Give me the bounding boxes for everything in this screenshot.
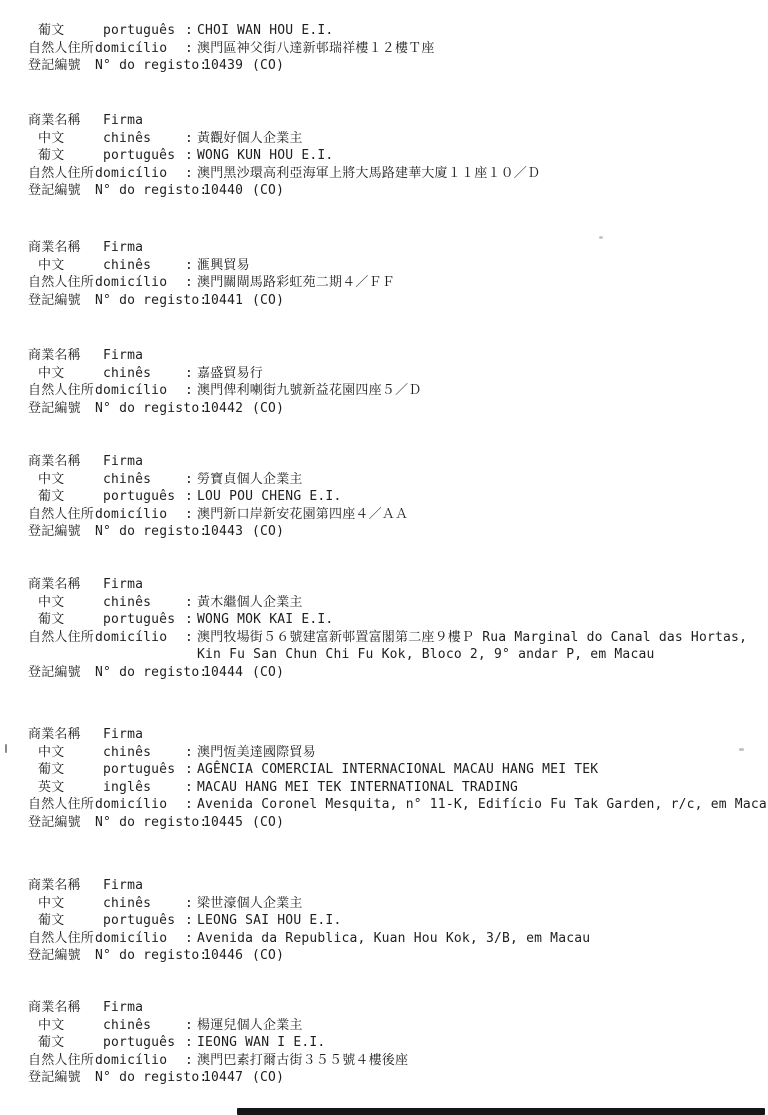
portuguese-label-zh: 葡文 xyxy=(38,761,64,779)
registry-label-pt: N° do registo: xyxy=(95,947,207,965)
field-colon: : xyxy=(185,761,193,779)
firma-label-pt: Firma xyxy=(103,347,143,365)
field-colon: : xyxy=(185,165,193,183)
chinese-label-zh: 中文 xyxy=(38,130,64,148)
field-colon: : xyxy=(185,744,193,762)
firma-label-pt: Firma xyxy=(103,999,143,1017)
record-row: 自然人住所domicílio:澳門巴素打爾古街３５５號４樓後座 xyxy=(0,1052,768,1070)
portuguese-label-pt: português xyxy=(103,147,175,165)
domicile-label-pt: domicílio xyxy=(95,506,167,524)
field-colon: : xyxy=(185,629,193,647)
record-block: 商業名稱Firma中文chinês:梁世濠個人企業主葡文português:LE… xyxy=(0,877,768,965)
registry-label-zh: 登記編號 xyxy=(28,292,81,310)
registry-document-page: 葡文português:CHOI WAN HOU E.I.自然人住所domicí… xyxy=(0,0,768,1115)
registry-type: (CO) xyxy=(252,523,284,541)
record-row: 商業名稱Firma xyxy=(0,877,768,895)
portuguese-label-zh: 葡文 xyxy=(38,488,64,506)
firma-label-zh: 商業名稱 xyxy=(28,999,81,1017)
chinese-label-pt: chinês xyxy=(103,130,151,148)
record-row: 商業名稱Firma xyxy=(0,239,768,257)
domicile-value: 澳門新口岸新安花園第四座４／ＡＡ xyxy=(197,506,408,524)
record-row: 中文chinês:嘉盛貿易行 xyxy=(0,365,768,383)
record-row: 葡文português:WONG KUN HOU E.I. xyxy=(0,147,768,165)
firma-label-zh: 商業名稱 xyxy=(28,576,81,594)
field-colon: : xyxy=(185,506,193,524)
registry-number: 10447 xyxy=(203,1069,243,1087)
registry-label-pt: N° do registo: xyxy=(95,182,207,200)
registry-number: 10442 xyxy=(203,400,243,418)
field-colon: : xyxy=(185,488,193,506)
chinese-name-value: 黃木繼個人企業主 xyxy=(197,594,303,612)
registry-label-pt: N° do registo: xyxy=(95,814,207,832)
registry-number: 10443 xyxy=(203,523,243,541)
record-row: 自然人住所domicílio:Avenida Coronel Mesquita,… xyxy=(0,796,768,814)
record-block: 商業名稱Firma中文chinês:嘉盛貿易行自然人住所domicílio:澳門… xyxy=(0,347,768,417)
record-block: 商業名稱Firma中文chinês:勞寶貞個人企業主葡文português:LO… xyxy=(0,453,768,541)
field-colon: : xyxy=(185,382,193,400)
chinese-label-zh: 中文 xyxy=(38,895,64,913)
record-row: 商業名稱Firma xyxy=(0,726,768,744)
portuguese-name-value: CHOI WAN HOU E.I. xyxy=(197,22,333,40)
portuguese-label-pt: português xyxy=(103,912,175,930)
field-colon: : xyxy=(185,130,193,148)
portuguese-name-value: LOU POU CHENG E.I. xyxy=(197,488,341,506)
domicile-value: Avenida da Republica, Kuan Hou Kok, 3/B,… xyxy=(197,930,590,948)
record-row: 登記編號N° do registo:10443(CO) xyxy=(0,523,768,541)
record-row: 自然人住所domicílio:澳門牧場街５６號建富新邨置富閣第二座９樓Ｐ Rua… xyxy=(0,629,768,647)
domicile-label-pt: domicílio xyxy=(95,930,167,948)
record-row: 葡文português:CHOI WAN HOU E.I. xyxy=(0,22,768,40)
registry-label-zh: 登記編號 xyxy=(28,57,81,75)
domicile-label-zh: 自然人住所 xyxy=(28,506,94,524)
chinese-name-value: 嘉盛貿易行 xyxy=(197,365,263,383)
portuguese-name-value: WONG MOK KAI E.I. xyxy=(197,611,333,629)
registry-type: (CO) xyxy=(252,182,284,200)
registry-number: 10445 xyxy=(203,814,243,832)
domicile-label-pt: domicílio xyxy=(95,1052,167,1070)
record-row: 登記編號N° do registo:10441(CO) xyxy=(0,292,768,310)
registry-label-zh: 登記編號 xyxy=(28,523,81,541)
record-row: 商業名稱Firma xyxy=(0,112,768,130)
record-row: 商業名稱Firma xyxy=(0,999,768,1017)
record-row: 自然人住所domicílio:澳門俾利喇街九號新益花園四座５／Ｄ xyxy=(0,382,768,400)
firma-label-pt: Firma xyxy=(103,239,143,257)
registry-type: (CO) xyxy=(252,292,284,310)
english-label-zh: 英文 xyxy=(38,779,64,797)
scan-artifact-margin-mark xyxy=(5,744,7,753)
record-row: 登記編號N° do registo:10442(CO) xyxy=(0,400,768,418)
record-row: 中文chinês:勞寶貞個人企業主 xyxy=(0,471,768,489)
portuguese-label-zh: 葡文 xyxy=(38,1034,64,1052)
chinese-label-zh: 中文 xyxy=(38,365,64,383)
domicile-value: 澳門區神父街八達新邨瑞祥樓１２樓Ｔ座 xyxy=(197,40,435,58)
field-colon: : xyxy=(185,147,193,165)
firma-label-pt: Firma xyxy=(103,877,143,895)
firma-label-zh: 商業名稱 xyxy=(28,453,81,471)
record-row: 葡文português:WONG MOK KAI E.I. xyxy=(0,611,768,629)
field-colon: : xyxy=(185,611,193,629)
domicile-label-zh: 自然人住所 xyxy=(28,40,94,58)
chinese-label-pt: chinês xyxy=(103,594,151,612)
record-row: 自然人住所domicílio:澳門關閘馬路彩虹苑二期４／ＦＦ xyxy=(0,274,768,292)
portuguese-name-value: WONG KUN HOU E.I. xyxy=(197,147,333,165)
domicile-label-zh: 自然人住所 xyxy=(28,1052,94,1070)
domicile-value: 澳門關閘馬路彩虹苑二期４／ＦＦ xyxy=(197,274,395,292)
record-row: 自然人住所domicílio:澳門黑沙環高利亞海軍上將大馬路建華大廈１１座１０／… xyxy=(0,165,768,183)
registry-label-zh: 登記編號 xyxy=(28,182,81,200)
portuguese-label-zh: 葡文 xyxy=(38,912,64,930)
record-row: 登記編號N° do registo:10440(CO) xyxy=(0,182,768,200)
chinese-name-value: 澳門恆美達國際貿易 xyxy=(197,744,316,762)
registry-type: (CO) xyxy=(252,947,284,965)
domicile-label-pt: domicílio xyxy=(95,796,167,814)
firma-label-zh: 商業名稱 xyxy=(28,726,81,744)
registry-type: (CO) xyxy=(252,400,284,418)
chinese-name-value: 梁世濠個人企業主 xyxy=(197,895,303,913)
chinese-name-value: 楊運兒個人企業主 xyxy=(197,1017,303,1035)
firma-label-zh: 商業名稱 xyxy=(28,877,81,895)
record-block: 商業名稱Firma中文chinês:黃觀好個人企業主葡文português:WO… xyxy=(0,112,768,200)
registry-number: 10441 xyxy=(203,292,243,310)
record-row: 登記編號N° do registo:10446(CO) xyxy=(0,947,768,965)
record-row: 自然人住所domicílio:Avenida da Republica, Kua… xyxy=(0,930,768,948)
record-row: 商業名稱Firma xyxy=(0,576,768,594)
registry-type: (CO) xyxy=(252,814,284,832)
registry-label-zh: 登記編號 xyxy=(28,664,81,682)
chinese-label-pt: chinês xyxy=(103,744,151,762)
firma-label-zh: 商業名稱 xyxy=(28,347,81,365)
field-colon: : xyxy=(185,1017,193,1035)
registry-number: 10439 xyxy=(203,57,243,75)
portuguese-label-zh: 葡文 xyxy=(38,22,64,40)
firma-label-pt: Firma xyxy=(103,576,143,594)
registry-label-zh: 登記編號 xyxy=(28,814,81,832)
domicile-label-pt: domicílio xyxy=(95,40,167,58)
portuguese-label-pt: português xyxy=(103,488,175,506)
record-row: Kin Fu San Chun Chi Fu Kok, Bloco 2, 9° … xyxy=(0,646,768,664)
chinese-name-value: 勞寶貞個人企業主 xyxy=(197,471,303,489)
chinese-label-zh: 中文 xyxy=(38,257,64,275)
chinese-label-pt: chinês xyxy=(103,365,151,383)
registry-label-pt: N° do registo: xyxy=(95,292,207,310)
registry-number: 10446 xyxy=(203,947,243,965)
firma-label-pt: Firma xyxy=(103,112,143,130)
registry-label-pt: N° do registo: xyxy=(95,664,207,682)
field-colon: : xyxy=(185,40,193,58)
domicile-value-continued: Kin Fu San Chun Chi Fu Kok, Bloco 2, 9° … xyxy=(197,646,655,664)
domicile-label-zh: 自然人住所 xyxy=(28,629,94,647)
domicile-label-pt: domicílio xyxy=(95,629,167,647)
field-colon: : xyxy=(185,1034,193,1052)
record-row: 中文chinês:澳門恆美達國際貿易 xyxy=(0,744,768,762)
record-row: 中文chinês:滙興貿易 xyxy=(0,257,768,275)
field-colon: : xyxy=(185,274,193,292)
record-block: 商業名稱Firma中文chinês:黃木繼個人企業主葡文português:WO… xyxy=(0,576,768,681)
record-row: 登記編號N° do registo:10444(CO) xyxy=(0,664,768,682)
record-block: 商業名稱Firma中文chinês:澳門恆美達國際貿易葡文português:A… xyxy=(0,726,768,831)
domicile-value: 澳門黑沙環高利亞海軍上將大馬路建華大廈１１座１０／Ｄ xyxy=(197,165,540,183)
domicile-label-zh: 自然人住所 xyxy=(28,930,94,948)
domicile-value: 澳門牧場街５６號建富新邨置富閣第二座９樓Ｐ Rua Marginal do Ca… xyxy=(197,629,747,647)
record-row: 英文inglês:MACAU HANG MEI TEK INTERNATIONA… xyxy=(0,779,768,797)
scan-artifact-speck xyxy=(599,236,603,239)
record-row: 自然人住所domicílio:澳門區神父街八達新邨瑞祥樓１２樓Ｔ座 xyxy=(0,40,768,58)
chinese-label-zh: 中文 xyxy=(38,1017,64,1035)
domicile-label-zh: 自然人住所 xyxy=(28,274,94,292)
field-colon: : xyxy=(185,594,193,612)
record-row: 登記編號N° do registo:10439(CO) xyxy=(0,57,768,75)
english-name-value: MACAU HANG MEI TEK INTERNATIONAL TRADING xyxy=(197,779,518,797)
chinese-label-pt: chinês xyxy=(103,1017,151,1035)
field-colon: : xyxy=(185,895,193,913)
chinese-label-pt: chinês xyxy=(103,471,151,489)
record-row: 葡文português:AGÊNCIA COMERCIAL INTERNACIO… xyxy=(0,761,768,779)
record-row: 自然人住所domicílio:澳門新口岸新安花園第四座４／ＡＡ xyxy=(0,506,768,524)
registry-type: (CO) xyxy=(252,1069,284,1087)
firma-label-zh: 商業名稱 xyxy=(28,112,81,130)
domicile-label-pt: domicílio xyxy=(95,274,167,292)
domicile-label-zh: 自然人住所 xyxy=(28,382,94,400)
record-row: 中文chinês:黃觀好個人企業主 xyxy=(0,130,768,148)
record-row: 登記編號N° do registo:10445(CO) xyxy=(0,814,768,832)
record-row: 中文chinês:楊運兒個人企業主 xyxy=(0,1017,768,1035)
record-row: 葡文português:IEONG WAN I E.I. xyxy=(0,1034,768,1052)
record-row: 中文chinês:梁世濠個人企業主 xyxy=(0,895,768,913)
registry-label-zh: 登記編號 xyxy=(28,947,81,965)
registry-type: (CO) xyxy=(252,664,284,682)
record-block: 商業名稱Firma中文chinês:楊運兒個人企業主葡文português:IE… xyxy=(0,999,768,1087)
domicile-value: 澳門巴素打爾古街３５５號４樓後座 xyxy=(197,1052,408,1070)
chinese-label-pt: chinês xyxy=(103,257,151,275)
field-colon: : xyxy=(185,471,193,489)
field-colon: : xyxy=(185,796,193,814)
chinese-name-value: 滙興貿易 xyxy=(197,257,250,275)
field-colon: : xyxy=(185,1052,193,1070)
chinese-label-zh: 中文 xyxy=(38,744,64,762)
field-colon: : xyxy=(185,257,193,275)
field-colon: : xyxy=(185,22,193,40)
domicile-value: Avenida Coronel Mesquita, n° 11-K, Edifí… xyxy=(197,796,768,814)
scan-artifact-bottom-bar xyxy=(237,1108,765,1115)
registry-label-zh: 登記編號 xyxy=(28,1069,81,1087)
domicile-label-pt: domicílio xyxy=(95,382,167,400)
registry-type: (CO) xyxy=(252,57,284,75)
portuguese-label-pt: português xyxy=(103,1034,175,1052)
field-colon: : xyxy=(185,930,193,948)
registry-label-zh: 登記編號 xyxy=(28,400,81,418)
english-label-pt: inglês xyxy=(103,779,151,797)
record-row: 葡文português:LOU POU CHENG E.I. xyxy=(0,488,768,506)
record-row: 葡文português:LEONG SAI HOU E.I. xyxy=(0,912,768,930)
registry-label-pt: N° do registo: xyxy=(95,57,207,75)
field-colon: : xyxy=(185,365,193,383)
record-block: 葡文português:CHOI WAN HOU E.I.自然人住所domicí… xyxy=(0,22,768,75)
field-colon: : xyxy=(185,912,193,930)
firma-label-pt: Firma xyxy=(103,726,143,744)
domicile-label-zh: 自然人住所 xyxy=(28,165,94,183)
record-row: 商業名稱Firma xyxy=(0,453,768,471)
record-row: 中文chinês:黃木繼個人企業主 xyxy=(0,594,768,612)
domicile-label-zh: 自然人住所 xyxy=(28,796,94,814)
portuguese-name-value: IEONG WAN I E.I. xyxy=(197,1034,325,1052)
chinese-name-value: 黃觀好個人企業主 xyxy=(197,130,303,148)
record-block: 商業名稱Firma中文chinês:滙興貿易自然人住所domicílio:澳門關… xyxy=(0,239,768,309)
portuguese-label-zh: 葡文 xyxy=(38,147,64,165)
domicile-label-pt: domicílio xyxy=(95,165,167,183)
portuguese-label-pt: português xyxy=(103,611,175,629)
chinese-label-pt: chinês xyxy=(103,895,151,913)
field-colon: : xyxy=(185,779,193,797)
record-row: 登記編號N° do registo:10447(CO) xyxy=(0,1069,768,1087)
registry-number: 10440 xyxy=(203,182,243,200)
registry-label-pt: N° do registo: xyxy=(95,400,207,418)
scan-artifact-speck xyxy=(739,748,744,751)
chinese-label-zh: 中文 xyxy=(38,594,64,612)
firma-label-pt: Firma xyxy=(103,453,143,471)
chinese-label-zh: 中文 xyxy=(38,471,64,489)
firma-label-zh: 商業名稱 xyxy=(28,239,81,257)
record-row: 商業名稱Firma xyxy=(0,347,768,365)
registry-number: 10444 xyxy=(203,664,243,682)
portuguese-name-value: AGÊNCIA COMERCIAL INTERNACIONAL MACAU HA… xyxy=(197,761,598,779)
domicile-value: 澳門俾利喇街九號新益花園四座５／Ｄ xyxy=(197,382,421,400)
portuguese-name-value: LEONG SAI HOU E.I. xyxy=(197,912,341,930)
portuguese-label-zh: 葡文 xyxy=(38,611,64,629)
registry-label-pt: N° do registo: xyxy=(95,1069,207,1087)
portuguese-label-pt: português xyxy=(103,761,175,779)
registry-label-pt: N° do registo: xyxy=(95,523,207,541)
portuguese-label-pt: português xyxy=(103,22,175,40)
